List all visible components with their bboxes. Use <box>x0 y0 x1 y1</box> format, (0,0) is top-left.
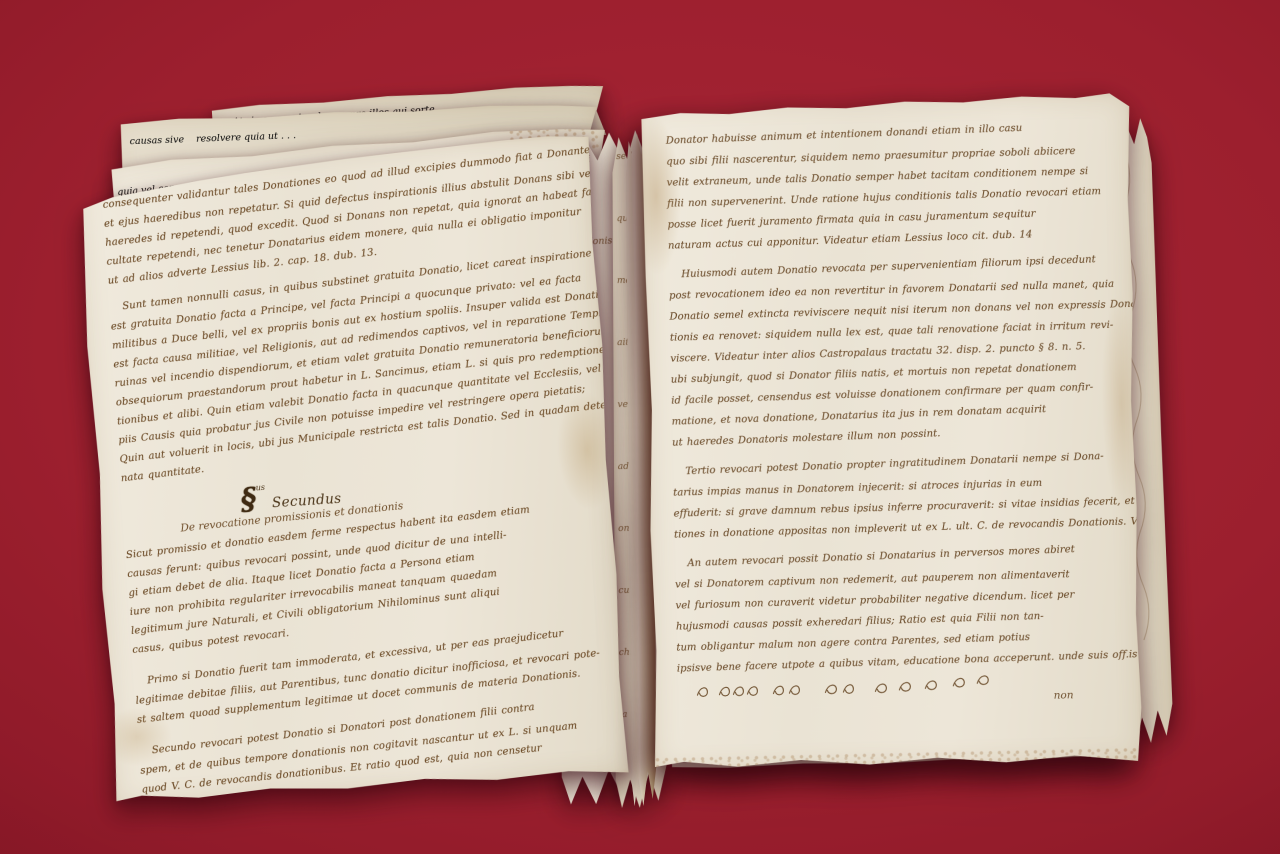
right-paragraph-1: Donator habuisse animum et intentionem d… <box>666 121 1119 256</box>
right-page-paper: Donator habuisse animum et intentionem d… <box>641 93 1143 771</box>
right-paragraph-4: An autem revocari possit Donatio si Dona… <box>674 544 1127 679</box>
foxing-speckles <box>655 747 1143 771</box>
left-paragraph-2: Sunt tamen nonnulli casus, in quibus sub… <box>109 267 594 488</box>
left-page-text-area: consequenter validantur tales Donationes… <box>74 134 630 802</box>
catchword: non <box>1054 689 1074 701</box>
heading-superscript: us <box>255 483 265 493</box>
manuscript-photo: At si communis adversa pro illos qui sor… <box>0 0 1280 854</box>
right-page: Donator habuisse animum et intentionem d… <box>641 93 1143 771</box>
right-paragraph-2: Huiusmodi autem Donatio revocata per sup… <box>668 255 1122 453</box>
catchword-row: non <box>687 672 1120 715</box>
right-paragraph-3: Tertio revocari potest Donatio propter i… <box>673 452 1125 545</box>
left-page-paper: consequenter validantur tales Donationes… <box>74 134 630 807</box>
right-page-text-area: Donator habuisse animum et intentionem d… <box>641 93 1142 716</box>
left-page: consequenter validantur tales Donationes… <box>74 134 630 807</box>
